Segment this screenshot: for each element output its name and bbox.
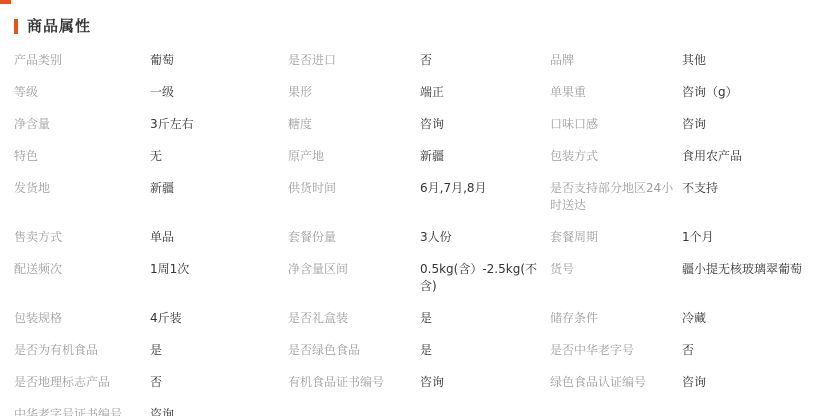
attribute-value: 葡萄 (150, 52, 288, 69)
attribute-label: 发货地 (14, 180, 150, 197)
attribute-value: 0.5kg(含）-2.5kg(不含) (420, 261, 550, 295)
section-header: 商品属性 (14, 18, 91, 34)
attribute-label: 套餐份量 (288, 229, 420, 246)
attribute-value: 否 (682, 342, 818, 359)
attribute-label: 是否绿色食品 (288, 342, 420, 359)
attribute-label: 是否中华老字号 (550, 342, 682, 359)
attribute-label: 特色 (14, 148, 150, 165)
attribute-label: 净含量 (14, 116, 150, 133)
attribute-label: 等级 (14, 84, 150, 101)
attribute-label: 供货时间 (288, 180, 420, 197)
attribute-value: 新疆 (150, 180, 288, 197)
attribute-label: 单果重 (550, 84, 682, 101)
attribute-value: 咨询 (682, 116, 818, 133)
attribute-label: 产品类别 (14, 52, 150, 69)
attribute-value: 冷藏 (682, 310, 818, 327)
attribute-value: 咨询 (420, 374, 550, 391)
attribute-value: 是 (420, 310, 550, 327)
attribute-value: 新疆 (420, 148, 550, 165)
attribute-label: 套餐周期 (550, 229, 682, 246)
attribute-label: 绿色食品认证编号 (550, 374, 682, 391)
attribute-label: 是否进口 (288, 52, 420, 69)
attributes-grid: 产品类别葡萄是否进口否品牌其他等级一级果形端正单果重咨询（g）净含量3斤左右糖度… (14, 52, 818, 416)
attribute-label: 储存条件 (550, 310, 682, 327)
attribute-label: 包装规格 (14, 310, 150, 327)
attribute-value: 3斤左右 (150, 116, 288, 133)
attribute-label: 口味口感 (550, 116, 682, 133)
attribute-label: 有机食品证书编号 (288, 374, 420, 391)
attribute-value: 否 (150, 374, 288, 391)
attribute-value: 食用农产品 (682, 148, 818, 165)
attribute-value: 否 (420, 52, 550, 69)
attribute-label: 是否为有机食品 (14, 342, 150, 359)
attribute-value: 咨询（g） (682, 84, 818, 101)
attribute-label: 包装方式 (550, 148, 682, 165)
attribute-label: 品牌 (550, 52, 682, 69)
attribute-label: 是否地理标志产品 (14, 374, 150, 391)
attribute-value: 是 (420, 342, 550, 359)
attribute-label: 原产地 (288, 148, 420, 165)
attribute-value: 单品 (150, 229, 288, 246)
section-accent-bar-icon (14, 19, 18, 34)
attribute-label: 糖度 (288, 116, 420, 133)
attribute-value: 端正 (420, 84, 550, 101)
attribute-value: 是 (150, 342, 288, 359)
product-attributes-panel: 商品属性 产品类别葡萄是否进口否品牌其他等级一级果形端正单果重咨询（g）净含量3… (0, 0, 824, 416)
attribute-label: 售卖方式 (14, 229, 150, 246)
attribute-value: 疆小提无核玻璃翠葡萄 (682, 261, 818, 278)
section-title: 商品属性 (27, 18, 91, 34)
attribute-value: 6月,7月,8月 (420, 180, 550, 197)
attribute-label: 中华老字号证书编号 (14, 406, 150, 416)
attribute-label: 是否支持部分地区24小时送达 (550, 180, 682, 214)
attribute-value: 1周1次 (150, 261, 288, 278)
attribute-value: 4斤装 (150, 310, 288, 327)
top-edge-accent-fragment (0, 0, 11, 4)
attribute-value: 咨询 (682, 374, 818, 391)
attribute-value: 不支持 (682, 180, 818, 197)
attribute-value: 其他 (682, 52, 818, 69)
attribute-label: 配送频次 (14, 261, 150, 278)
attribute-value: 一级 (150, 84, 288, 101)
attribute-value: 咨询 (420, 116, 550, 133)
attribute-value: 3人份 (420, 229, 550, 246)
attribute-value: 咨询 (150, 406, 288, 416)
attribute-value: 1个月 (682, 229, 818, 246)
attribute-label: 是否礼盒装 (288, 310, 420, 327)
attribute-label: 净含量区间 (288, 261, 420, 278)
attribute-label: 果形 (288, 84, 420, 101)
attribute-value: 无 (150, 148, 288, 165)
attribute-label: 货号 (550, 261, 682, 278)
